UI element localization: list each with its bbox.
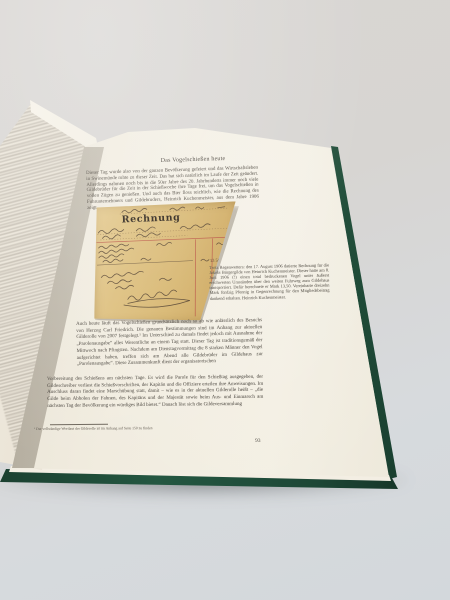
left-page-blurred-text [0,2,185,453]
photo-background: Das Vogelschießen heute Dieser Tag wurde… [0,0,450,600]
footnote-rule [50,424,108,426]
receipt-image: Rechnung [92,201,241,324]
right-page [0,0,450,600]
page-fore-edge [0,0,450,600]
receipt-handwriting-ink [98,206,227,308]
page-number: 93 [255,438,275,444]
receipt-items-underline [97,261,193,265]
receipt-dotted-rules [97,208,231,240]
book-shadow [0,468,408,498]
chapter-header: Das Vogelschießen heute [155,156,231,164]
body-paragraph-1: Auch heute läuft das Vogelschießen grund… [76,318,263,369]
body-paragraph-2: Vorbereitung des Schießens am nächsten T… [47,375,263,411]
book-cover-right-edge [0,0,450,600]
footnote-text: ¹ Der vollständige Wortlaut der Gilderol… [34,426,184,431]
gutter-shadow [0,0,450,600]
left-page-curl-edge [0,0,450,600]
left-page [0,0,450,600]
receipt-red-ruled-lines [96,237,234,319]
margin-caption: Trotz Regenwetters: den 17. August 1906 … [209,262,330,300]
receipt-shadow [95,206,241,326]
intro-paragraph: Dieser Tag wurde also von der ganzen Bev… [86,166,259,212]
book-cover-bottom-edge [0,0,450,600]
receipt-amount-text: 13 50 [210,257,221,263]
receipt-handwriting-svg: 13 50 [92,201,241,324]
receipt-title: Rechnung [118,212,184,226]
